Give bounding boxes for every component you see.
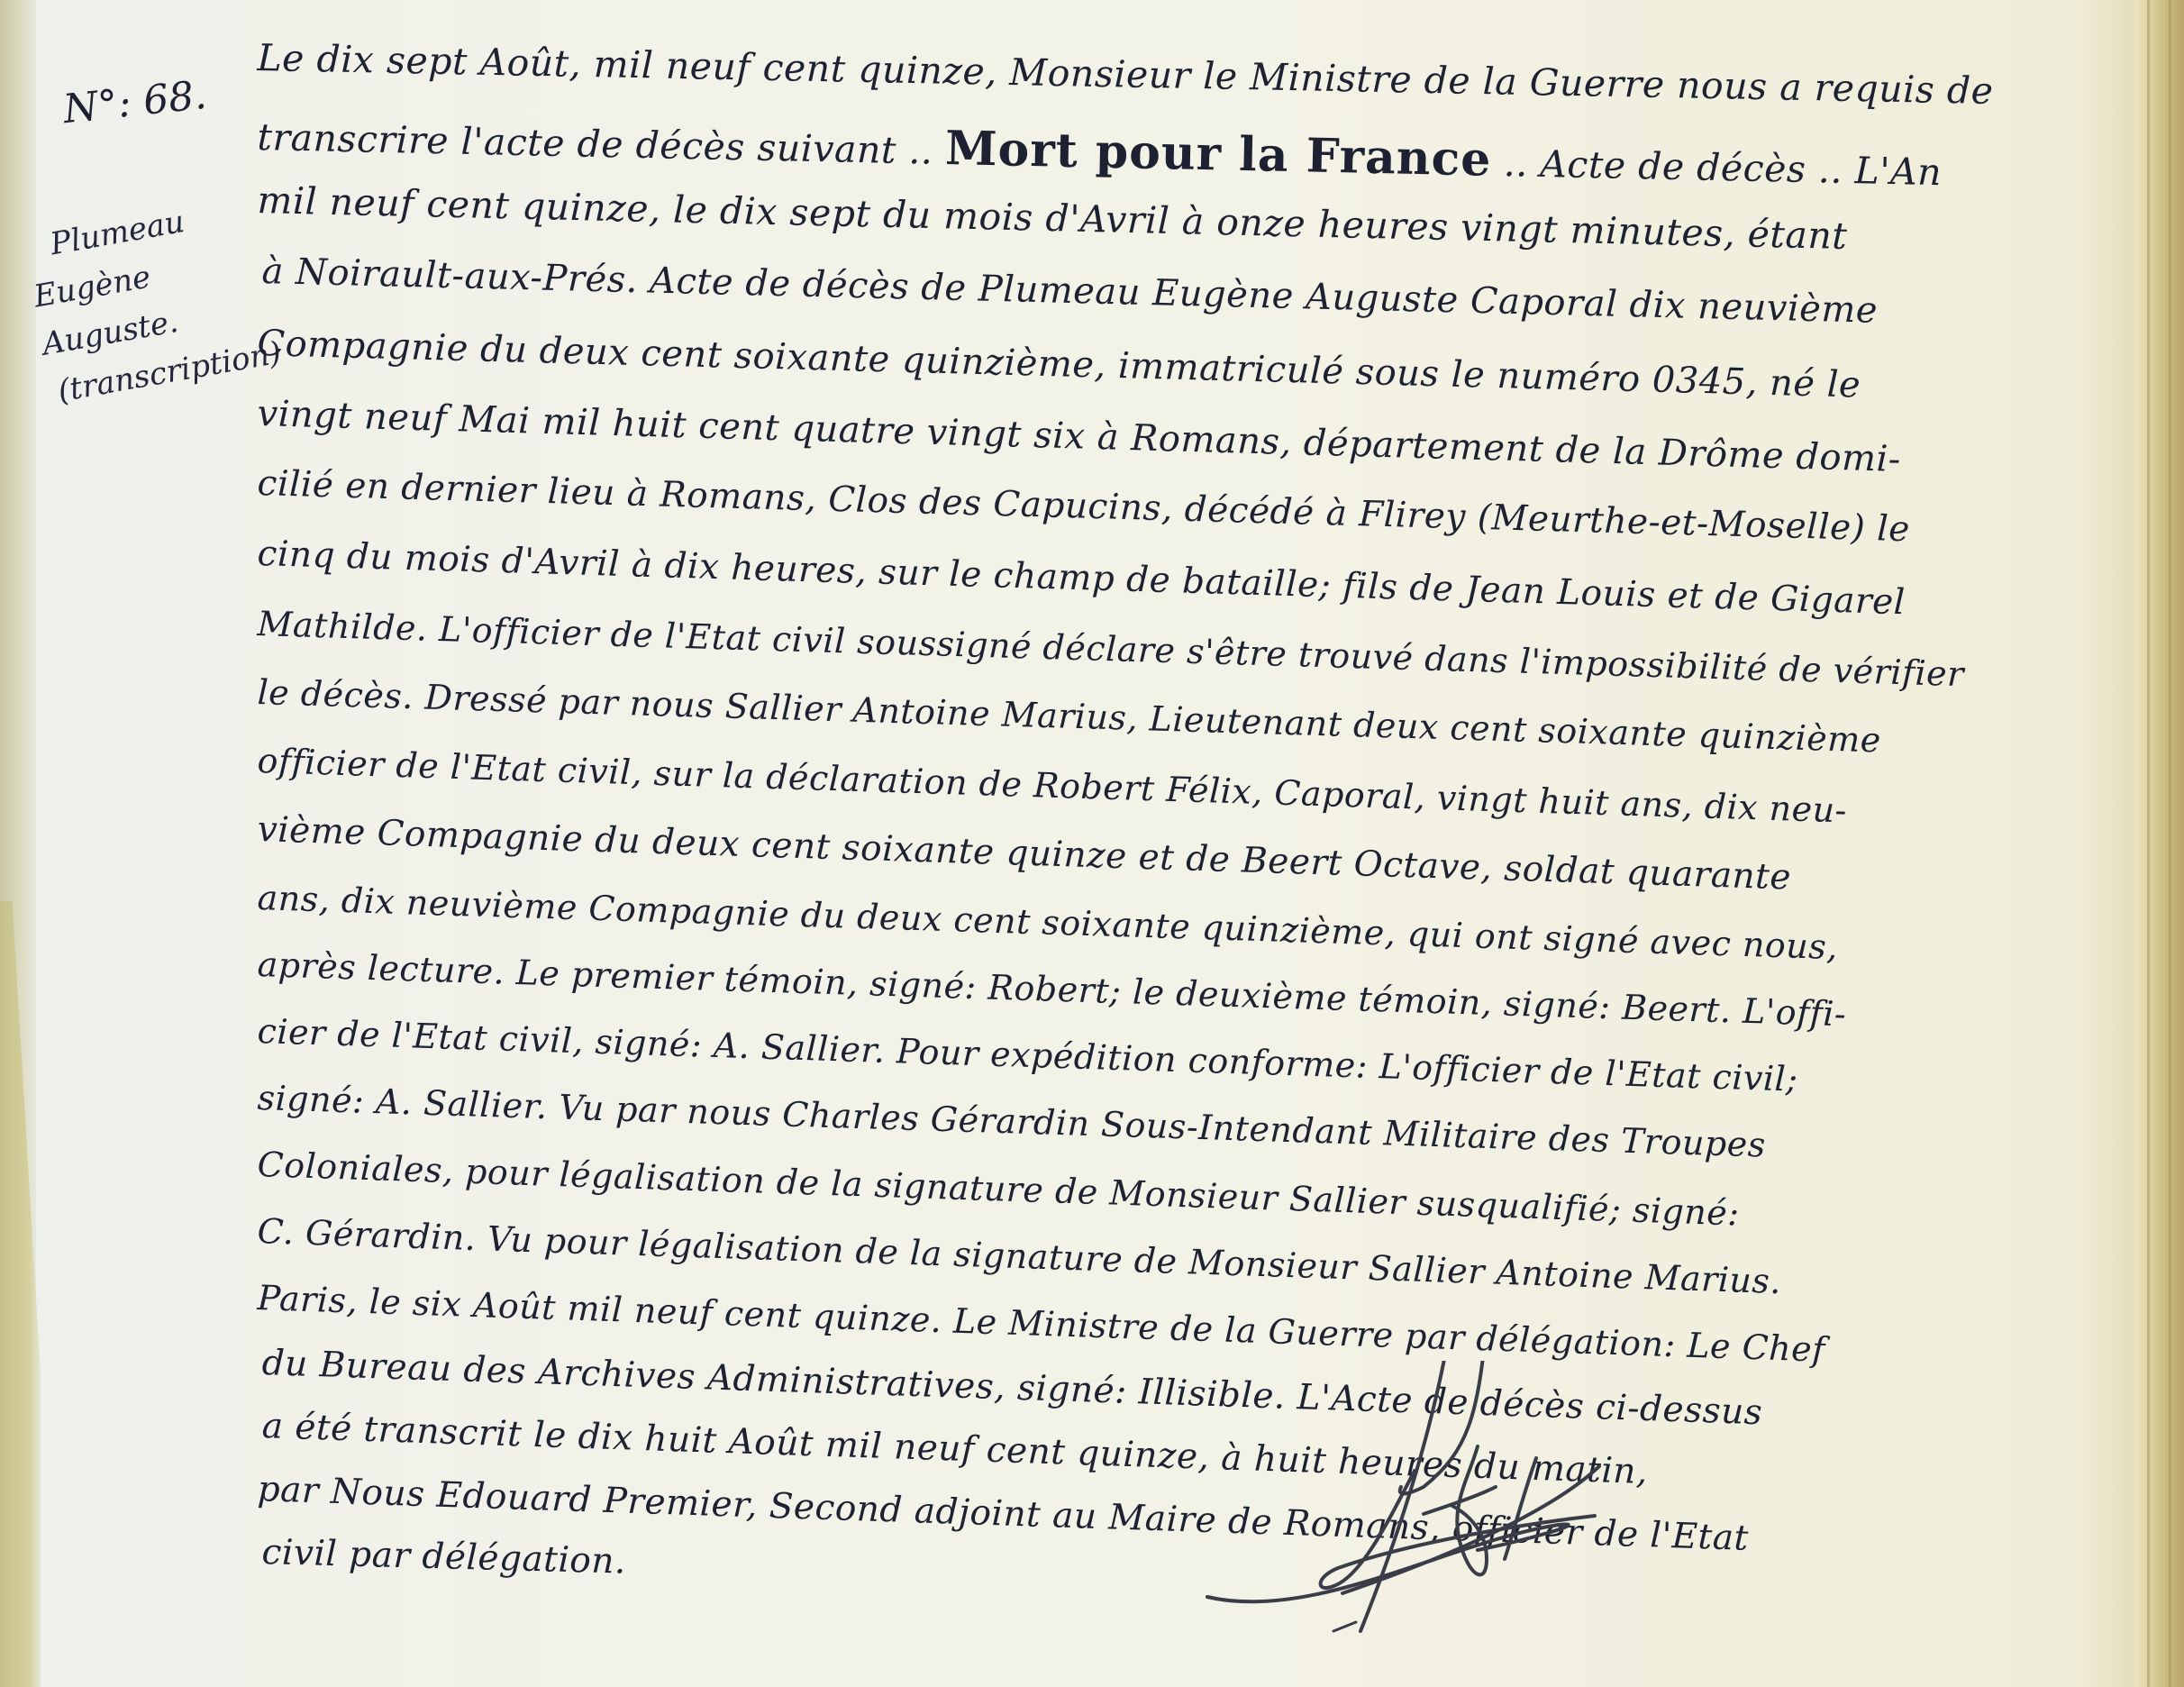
record-line: cilié en dernier lieu à Romans, Clos des… xyxy=(257,463,1910,550)
gutter-fold-line xyxy=(2147,0,2150,1687)
record-line: transcrire l'acte de décès suivant .. Mo… xyxy=(257,106,1943,196)
margin-annotation: Plumeau Eugène Auguste. (transcription) xyxy=(22,187,268,416)
officer-signature xyxy=(1180,1361,2081,1685)
record-line-text: transcrire l'acte de décès suivant .. xyxy=(257,115,945,173)
record-line: mil neuf cent quinze, le dix sept du moi… xyxy=(257,178,1848,258)
mort-pour-la-france-heading: Mort pour la France xyxy=(944,121,1491,187)
record-line: à Noirault-aux-Prés. Acte de décès de Pl… xyxy=(261,251,1879,332)
record-line: cinq du mois d'Avril à dix heures, sur l… xyxy=(257,533,1906,623)
gutter-fold-line xyxy=(2169,0,2171,1687)
record-line: le décès. Dressé par nous Sallier Antoin… xyxy=(257,672,1881,760)
book-gutter xyxy=(2134,0,2184,1687)
record-line: civil par délégation. xyxy=(261,1532,626,1582)
record-line: Le dix sept Août, mil neuf cent quinze, … xyxy=(257,36,1994,113)
record-line-text: .. Acte de décès .. L'An xyxy=(1491,141,1943,194)
record-line: Compagnie du deux cent soixante quinzièm… xyxy=(257,323,1861,406)
entry-number: N°: 68. xyxy=(61,72,209,132)
record-line: vingt neuf Mai mil huit cent quatre ving… xyxy=(257,393,1901,480)
register-page: N°: 68. Plumeau Eugène Auguste. (transcr… xyxy=(0,0,2184,1687)
